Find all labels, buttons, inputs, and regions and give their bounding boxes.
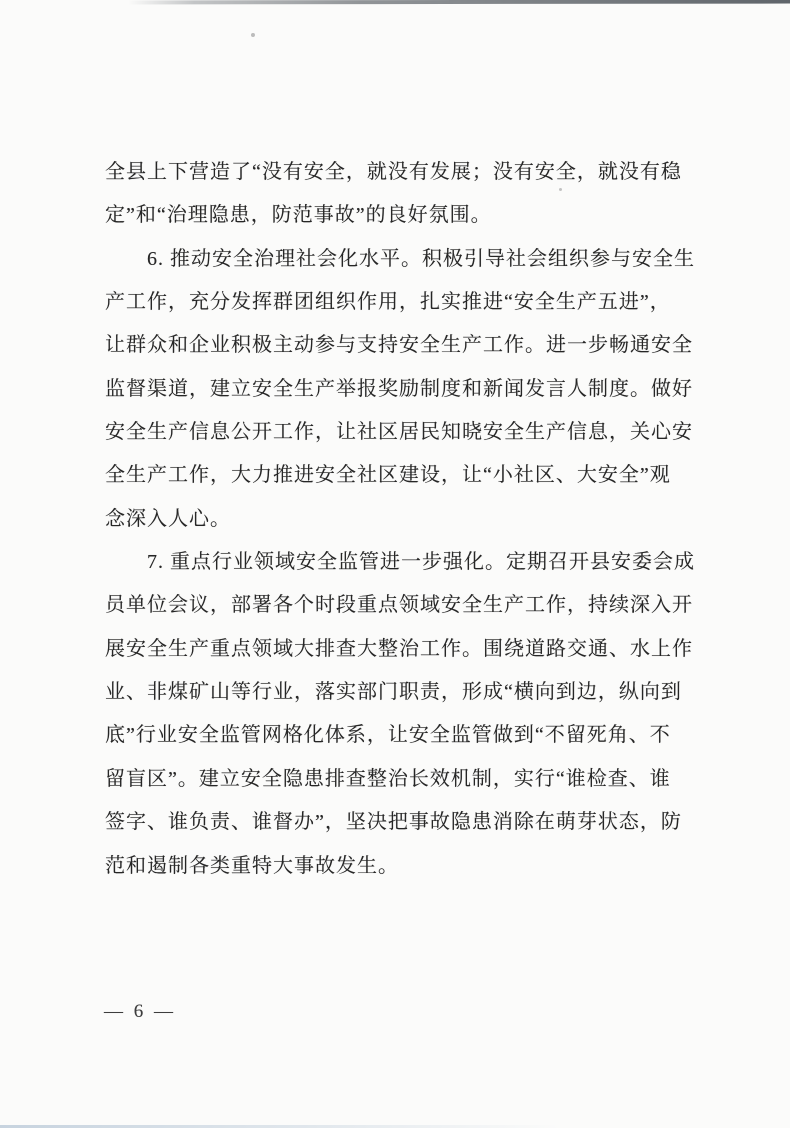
- body-text: 全县上下营造了“没有安全，就没有发展；没有安全，就没有稳定”和“治理隐患，防范事…: [105, 151, 695, 888]
- paragraph-line: 监督渠道，建立安全生产举报奖励制度和新闻发言人制度。做好: [105, 368, 695, 411]
- scanned-document-page: 全县上下营造了“没有安全，就没有发展；没有安全，就没有稳定”和“治理隐患，防范事…: [0, 0, 790, 1128]
- paragraph-line: 安全生产信息公开工作，让社区居民知晓安全生产信息，关心安: [105, 411, 695, 454]
- paragraph-line: 全生产工作，大力推进安全社区建设，让“小社区、大安全”观: [105, 454, 695, 497]
- page-number: — 6 —: [104, 1001, 176, 1023]
- paragraph-line: 念深入人心。: [105, 498, 695, 541]
- scan-edge-artifact-top: [128, 0, 790, 4]
- paragraph: 全县上下营造了“没有安全，就没有发展；没有安全，就没有稳定”和“治理隐患，防范事…: [105, 151, 695, 238]
- paragraph-line: 员单位会议，部署各个时段重点领域安全生产工作，持续深入开: [105, 584, 695, 627]
- paragraph-line: 6. 推动安全治理社会化水平。积极引导社会组织参与安全生: [105, 238, 695, 281]
- paragraph-line: 签字、谁负责、谁督办”，坚决把事故隐患消除在萌芽状态，防: [105, 801, 695, 844]
- paragraph: 6. 推动安全治理社会化水平。积极引导社会组织参与安全生产工作，充分发挥群团组织…: [105, 238, 695, 541]
- paragraph-line: 留盲区”。建立安全隐患排查整治长效机制，实行“谁检查、谁: [105, 758, 695, 801]
- paragraph-line: 范和遏制各类重特大事故发生。: [105, 845, 695, 888]
- paragraph-line: 定”和“治理隐患，防范事故”的良好氛围。: [105, 194, 695, 237]
- paragraph-line: 让群众和企业积极主动参与支持安全生产工作。进一步畅通安全: [105, 324, 695, 367]
- paragraph: 7. 重点行业领域安全监管进一步强化。定期召开县安委会成员单位会议，部署各个时段…: [105, 541, 695, 888]
- scan-speck: [251, 33, 255, 37]
- paragraph-line: 7. 重点行业领域安全监管进一步强化。定期召开县安委会成: [105, 541, 695, 584]
- paragraph-line: 业、非煤矿山等行业，落实部门职责，形成“横向到边，纵向到: [105, 671, 695, 714]
- paragraph-line: 产工作，充分发挥群团组织作用，扎实推进“安全生产五进”，: [105, 281, 695, 324]
- paragraph-line: 底”行业安全监管网格化体系，让安全监管做到“不留死角、不: [105, 714, 695, 757]
- paragraph-line: 全县上下营造了“没有安全，就没有发展；没有安全，就没有稳: [105, 151, 695, 194]
- paragraph-line: 展安全生产重点领域大排查大整治工作。围绕道路交通、水上作: [105, 628, 695, 671]
